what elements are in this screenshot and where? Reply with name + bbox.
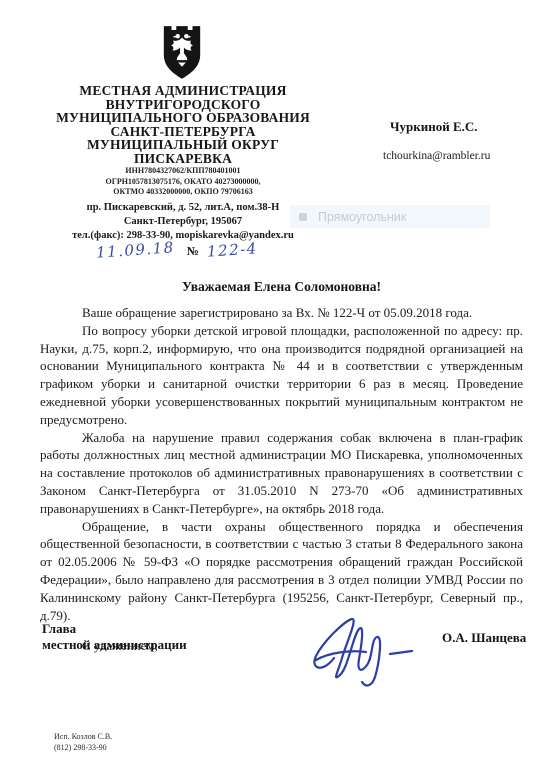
executor-name: Исп. Козлов С.В. [54, 732, 112, 743]
signer-title: Глава местной администрации [42, 621, 187, 653]
org-line: МУНИЦИПАЛЬНЫЙ ОКРУГ [28, 138, 338, 152]
letter-page: МЕСТНАЯ АДМИНИСТРАЦИЯ ВНУТРИГОРОДСКОГО М… [0, 0, 556, 770]
paragraph: По вопросу уборки детской игровой площад… [40, 322, 523, 429]
paragraph: Жалоба на нарушение правил содержания со… [40, 429, 523, 518]
addressee-name: Чуркиной Е.С. [390, 119, 478, 135]
signer-title-line: местной администрации [42, 637, 187, 653]
outgoing-date-number: 11.09.18№122-4 [96, 241, 316, 267]
org-line: САНКТ-ПЕТЕРБУРГА [28, 125, 338, 139]
salutation: Уважаемая Елена Соломоновна! [40, 279, 523, 295]
org-line: МЕСТНАЯ АДМИНИСТРАЦИЯ [28, 84, 338, 98]
bullet-square-icon [299, 213, 307, 221]
executor-footer: Исп. Козлов С.В. (812) 298-33-90 [54, 732, 112, 753]
requisites-line: ОКТМО 40332000000, ОКПО 79706163 [28, 187, 338, 198]
handwritten-signature [300, 614, 440, 692]
org-requisites: ИНН7804327062/КПП780401001 ОГРН105781307… [28, 166, 338, 198]
handwritten-number: 122-4 [206, 239, 258, 260]
requisites-line: ИНН7804327062/КПП780401001 [28, 166, 338, 177]
signer-name: О.А. Шанцева [442, 630, 526, 646]
signer-title-line: Глава [42, 621, 187, 637]
number-sign: № [187, 244, 199, 258]
coat-of-arms-icon [160, 22, 204, 80]
letter-body: Уважаемая Елена Соломоновна! Ваше обраще… [40, 279, 523, 655]
paragraph: Ваше обращение зарегистрировано за Вх. №… [40, 304, 523, 322]
executor-phone: (812) 298-33-90 [54, 743, 112, 754]
addressee-email: tchourkina@rambler.ru [383, 150, 490, 162]
annotation-tooltip: Прямоугольник [290, 205, 490, 228]
org-line: ПИСКАРЕВКА [28, 152, 338, 166]
handwritten-date: 11.09.18 [95, 238, 175, 261]
organization-name: МЕСТНАЯ АДМИНИСТРАЦИЯ ВНУТРИГОРОДСКОГО М… [28, 84, 338, 166]
annotation-tooltip-label: Прямоугольник [318, 210, 406, 224]
org-line: МУНИЦИПАЛЬНОГО ОБРАЗОВАНИЯ [28, 111, 338, 125]
org-line: ВНУТРИГОРОДСКОГО [28, 98, 338, 112]
requisites-line: ОГРН1057813075176, ОКАТО 40273000000, [28, 177, 338, 188]
paragraph: Обращение, в части охраны общественного … [40, 518, 523, 625]
